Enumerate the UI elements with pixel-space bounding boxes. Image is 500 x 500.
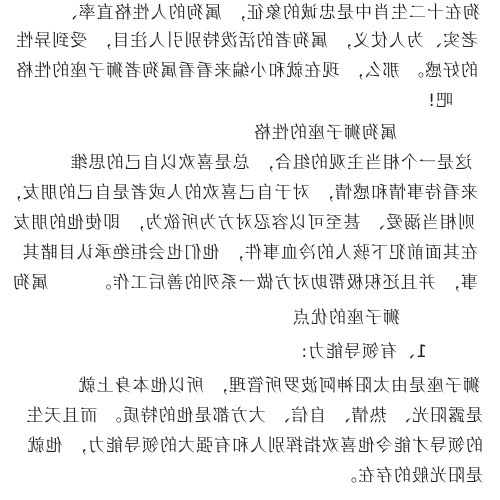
paragraph2-line2: 来看待事情和感情， 对于自己喜欢的人或者是自己的朋友， (4, 183, 478, 203)
section-heading-advantages: 狮子座的优点 (292, 308, 400, 328)
paragraph2-line4: 在其面前犯下骇人的冷血事件， 他们也会拒绝承认目睹其 (22, 243, 478, 263)
paragraph1-line4: 吧! (427, 91, 453, 111)
paragraph3-line3: 的领导才能令他喜欢指挥别人和有强大的领导能力， 他就 (27, 436, 483, 456)
paragraph1-line1: 狗在十二生肖中是忠诚的象征， 属狗的人性格直率、 (60, 3, 480, 23)
paragraph2-line1: 这是一个相当主观的组合， 总是喜欢以自己的思维 (70, 153, 472, 173)
section-heading-character: 属狗狮子座的性格 (253, 123, 397, 143)
paragraph2-line3: 则相当溺爱、 甚至可以容忍对方为所欲为， 即使他的朋友 (12, 213, 475, 233)
paragraph3-line2: 是露阳光、 热情、 自信、 大方都是他的特质。 而且天生 (25, 406, 483, 426)
paragraph1-line3: 的好感。 那么， 现在就和小编来看看属狗者狮子座的性格 (15, 61, 478, 81)
paragraph2-line5: 事， 并且还积极帮助对方做一系列的善后工作。 属狗 (12, 273, 478, 293)
paragraph3-line4: 是阳光般的存在。 (339, 466, 483, 486)
list-item-leadership: 1、有领导能力: (300, 342, 427, 362)
mirrored-document-content: 狗在十二生肖中是忠诚的象征， 属狗的人性格直率、老实、为人仗义， 属狗者的活泼特… (0, 0, 500, 500)
document-page: 狗在十二生肖中是忠诚的象征， 属狗的人性格直率、老实、为人仗义， 属狗者的活泼特… (0, 0, 500, 500)
paragraph3-line1: 狮子座是由太阳神阿波罗所管理， 所以他本身上就 (78, 376, 480, 396)
paragraph1-line2: 老实、为人仗义， 属狗者的活泼特别引人注目， 受到异性 (15, 31, 478, 51)
